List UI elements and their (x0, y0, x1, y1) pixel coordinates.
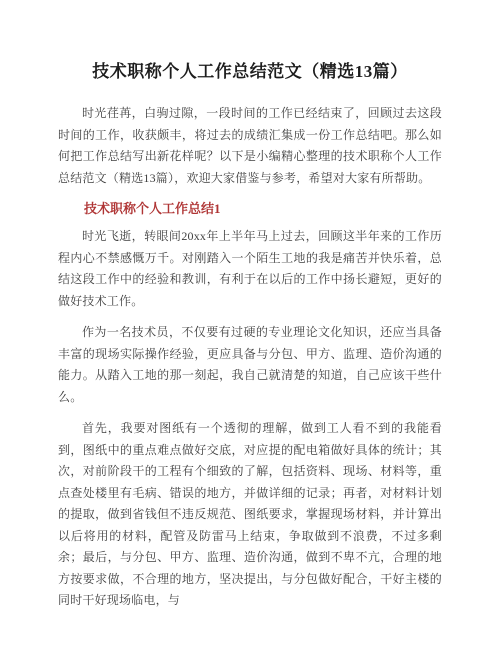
document-page: 技术职称个人工作总结范文（精选13篇） 时光荏苒，白驹过隙，一段时间的工作已经结… (0, 0, 500, 647)
section-paragraph: 首先，我要对图纸有一个透彻的理解，做到工人看不到的我能看到，图纸中的重点难点做好… (58, 418, 442, 612)
section-paragraph: 时光飞逝，转眼间20xx年上半年马上过去，回顾这半年来的工作历程内心不禁感慨万千… (58, 226, 442, 312)
intro-paragraph: 时光荏苒，白驹过隙，一段时间的工作已经结束了，回顾过去这段时间的工作，收获颇丰，… (58, 103, 442, 189)
document-title: 技术职称个人工作总结范文（精选13篇） (58, 57, 442, 87)
section-heading: 技术职称个人工作总结1 (58, 199, 442, 219)
section-paragraph: 作为一名技术员，不仅要有过硬的专业理论文化知识，还应当具备丰富的现场实际操作经验… (58, 322, 442, 408)
